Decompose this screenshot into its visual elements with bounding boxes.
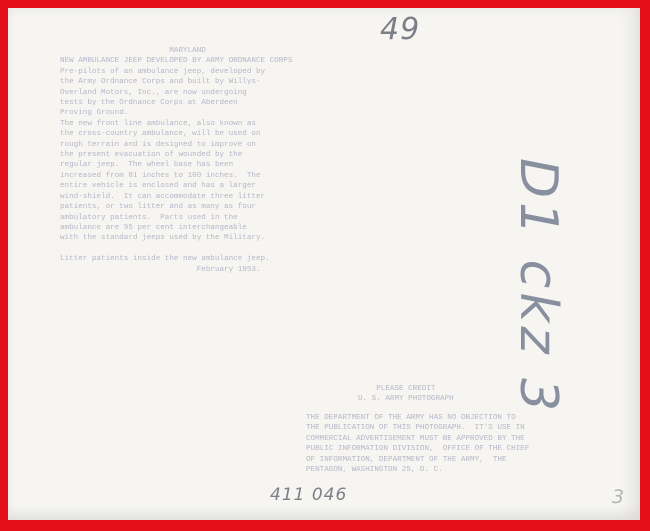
photo-credit: PLEASE CREDIT U. S. ARMY PHOTOGRAPH [358, 384, 454, 405]
caption-text: MARYLAND NEW AMBULANCE JEEP DEVELOPED BY… [60, 46, 292, 275]
usage-disclaimer: THE DEPARTMENT OF THE ARMY HAS NO OBJECT… [306, 413, 529, 475]
handwritten-corner-mark: 3 [612, 486, 624, 508]
handwritten-number-top: 49 [380, 12, 420, 47]
handwritten-vertical-code: D1 ckz 3 [478, 158, 618, 378]
handwritten-number-bottom: 411 046 [270, 485, 347, 505]
vertical-code-text: D1 ckz 3 [508, 158, 568, 415]
photo-back-paper: 49 MARYLAND NEW AMBULANCE JEEP DEVELOPED… [8, 8, 640, 520]
